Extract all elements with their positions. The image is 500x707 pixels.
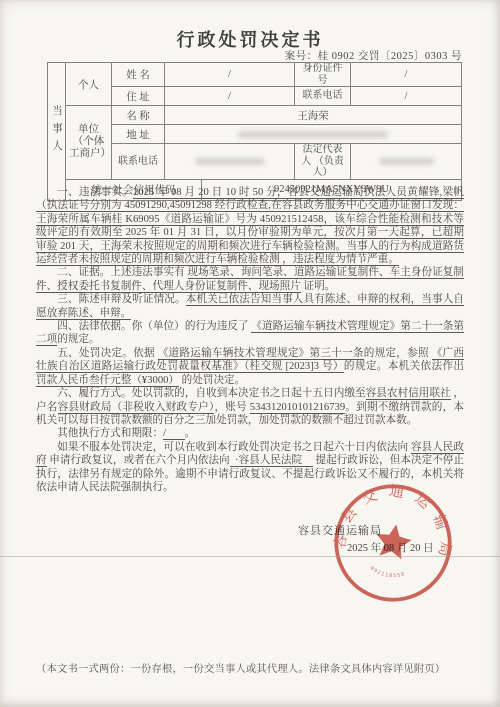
filled-blank-text: 罚款人民币叁仟元整（¥3000） — [36, 375, 179, 387]
legal-rep-value — [351, 144, 462, 180]
address-label: 住 址 — [112, 87, 165, 106]
template-text: 证明。 — [301, 281, 335, 292]
legal-rep-label: 法定代表人 （负责人） — [295, 144, 351, 180]
body-paragraph: 五、处罚决定。依据 《道路运输车辆技术管理规定》第三十一条的规定，参照 《广西壮… — [36, 347, 464, 387]
body-paragraphs: 一、违法事实。2025 年 08 月 20 日 10 时 50 分，容县交通运输… — [36, 186, 464, 494]
template-text: 的规定，参照 — [364, 348, 432, 359]
template-text: 四、法律依据。你（单位）的行为违反了 — [57, 321, 251, 332]
template-text: 的处罚决定。 — [179, 375, 245, 386]
id-number-value: / — [351, 63, 462, 87]
template-text: 的规定。 — [57, 334, 99, 345]
filled-blank-text: 《道路运输车辆技术管理规定》第三十一条 — [158, 348, 364, 360]
template-text: 的规定。本机关依法作出 — [344, 361, 464, 372]
filled-blank-text: 容县农村信用联社 — [366, 388, 451, 400]
template-text: 申请行政复议，或者在六个月内依法向 — [47, 455, 230, 466]
body-paragraph: 二、证据。上述违法事实有 现场笔录、询问笔录、道路运输证复制件、车主身份证复制件… — [36, 266, 464, 293]
template-text: ，账号 — [214, 402, 249, 413]
case-number: 案号：桂 0902 交罚〔2025〕0303 号 — [285, 48, 462, 63]
redacted-smudge — [238, 131, 388, 138]
filled-blank-text: 2025 年 08 月 20 日 10 时 50 分，容县交通运输局执法人员黄耀… — [36, 187, 464, 266]
official-seal: 容县交通运输局 4509211855864 — [320, 470, 466, 616]
body-paragraph: 其他执行方式和期限：/ 。 — [36, 427, 464, 440]
filled-blank-text: 容县财政局（非税收入财政专户） — [58, 402, 215, 414]
fold-line — [0, 556, 500, 557]
body-paragraph: 四、法律依据。你（单位）的行为违反了 《道路运输车辆技术管理规定》第二十一条第二… — [36, 320, 464, 347]
document-page: 行政处罚决定书 案号：桂 0902 交罚〔2025〕0303 号 当事人 个人 … — [0, 0, 500, 707]
body-paragraph: 三、陈述申辩及听证情况。本机关已依法告知当事人具有陈述、申辩的权利，当事人自愿放… — [36, 293, 464, 320]
unit-label: 单位 （个体 工商户） — [66, 106, 112, 180]
filled-blank-text: 534312010101216739 — [250, 402, 345, 414]
unit-name-label: 名 称 — [112, 106, 165, 125]
name-value: / — [165, 63, 295, 87]
unit-phone-label: 联系电话 — [112, 144, 165, 180]
name-label: 姓 名 — [112, 63, 165, 87]
footer-note: （本文书一式两份：一份存根，一份交当事人或其代理人。法律条文具体内容详见附页） — [36, 660, 466, 675]
unit-address-label: 地 址 — [112, 125, 165, 144]
phone-label: 联系电话 — [295, 87, 351, 106]
filled-blank-text: ·容县人民法院 — [230, 455, 313, 467]
template-text: 二、证据。上述违法事实有 — [57, 267, 187, 278]
template-text: 三、陈述申辩及听证情况。 — [57, 294, 186, 305]
phone-value: / — [351, 87, 462, 106]
table-row: 当事人 个人 姓 名 / 身份证件号 / — [48, 63, 462, 87]
filled-blank-text: / — [163, 428, 184, 440]
seal-star-icon — [373, 521, 414, 560]
table-row: 单位 （个体 工商户） 名 称 王海荣 — [48, 106, 462, 125]
template-text: 其他执行方式和期限： — [57, 428, 163, 439]
template-text: 六、履行方式。处以罚款的，自收到本决定书之日起十五日内缴至 — [57, 388, 365, 399]
template-text: 如果不服本处罚决定，可以在收到本行政处罚决定书之日起六十日内依法向 — [57, 442, 411, 453]
unit-phone-value — [165, 144, 295, 180]
template-text: 。 — [185, 428, 196, 439]
body-paragraph: 一、违法事实。2025 年 08 月 20 日 10 时 50 分，容县交通运输… — [36, 186, 464, 266]
redacted-smudge — [195, 158, 265, 165]
party-side-label: 当事人 — [48, 63, 66, 201]
unit-address-value — [165, 125, 462, 144]
template-text: 一、违法事实。 — [57, 187, 133, 198]
unit-name-value: 王海荣 — [165, 106, 462, 125]
redacted-smudge — [379, 158, 434, 165]
individual-label: 个人 — [66, 63, 112, 106]
body-paragraph: 六、履行方式。处以罚款的，自收到本决定书之日起十五日内缴至容县农村信用联社 ，户… — [36, 387, 464, 427]
address-value: / — [165, 87, 295, 106]
template-text: 五、处罚决定。依据 — [57, 348, 158, 359]
id-number-label: 身份证件号 — [295, 63, 351, 87]
party-info-table: 当事人 个人 姓 名 / 身份证件号 / 住 址 / 联系电话 / 单位 （个体… — [47, 62, 462, 201]
